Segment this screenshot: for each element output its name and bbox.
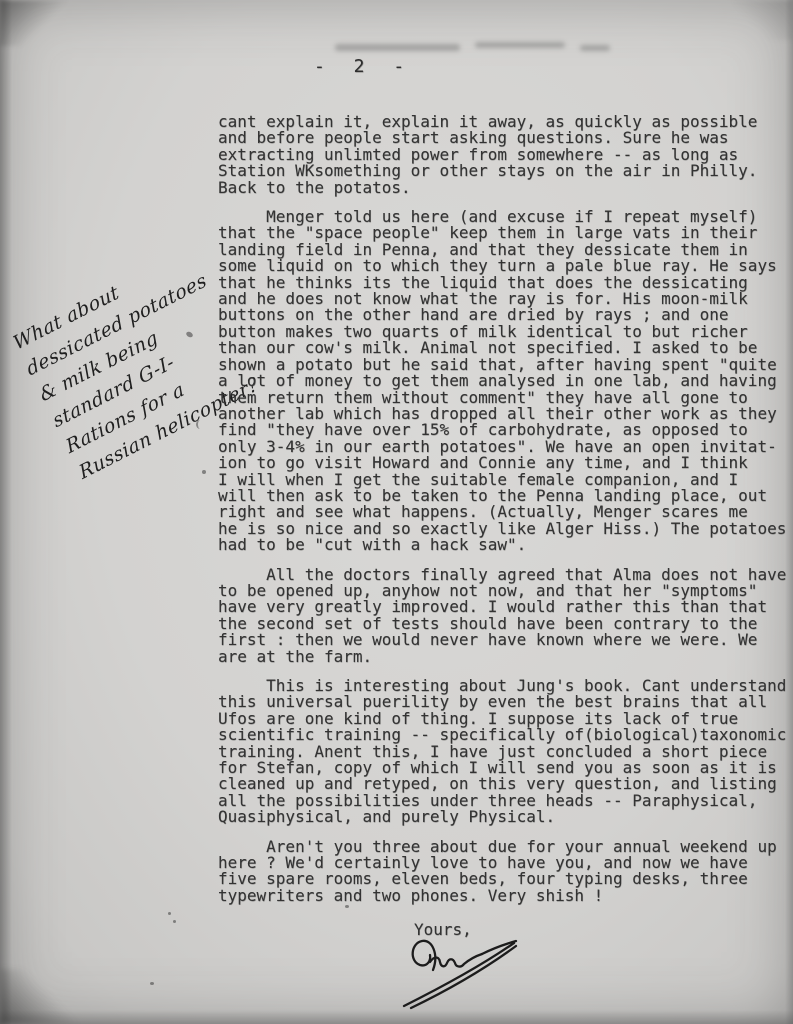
scan-speck (168, 912, 171, 915)
scanned-letter-page: - 2 - What aboutdessicated potatoes& mil… (0, 0, 793, 1024)
paragraph: Aren't you three about due for your annu… (218, 839, 793, 905)
scan-speck (150, 982, 154, 985)
page-number: - 2 - (314, 56, 413, 77)
letter-body: cant explain it, explain it away, as qui… (218, 114, 793, 917)
paragraph: This is interesting about Jung's book. C… (218, 678, 793, 826)
scan-corner-smudge-bottom-left (0, 969, 80, 1024)
scan-edge-shadow-left (0, 0, 12, 1024)
scan-corner-smudge-top-left (0, 0, 70, 46)
paragraph: cant explain it, explain it away, as qui… (218, 114, 793, 196)
signature-flourish-drawing (384, 934, 564, 1014)
scan-speck (173, 920, 176, 923)
paragraph: All the doctors finally agreed that Alma… (218, 567, 793, 665)
signature-ivan: Ivan (384, 934, 564, 1014)
scan-speck (202, 470, 206, 474)
paragraph: Menger told us here (and excuse if I rep… (218, 209, 793, 554)
scan-corner-smudge-top-right (733, 0, 793, 40)
